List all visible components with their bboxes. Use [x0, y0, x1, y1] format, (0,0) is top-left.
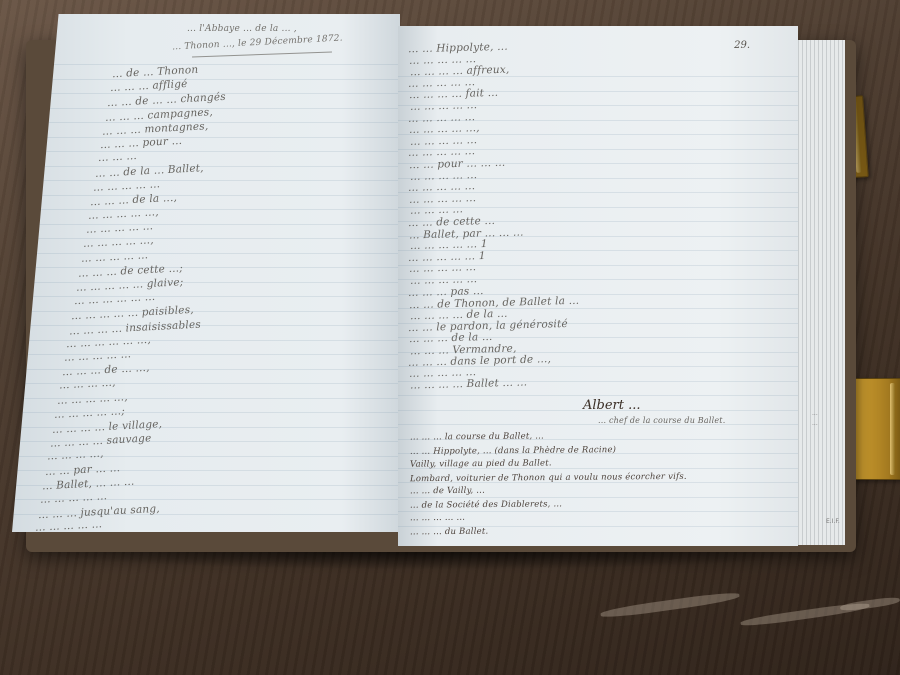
header-divider-stroke [192, 52, 332, 58]
ruled-line [12, 369, 400, 370]
left-page-header-line-2: ... Thonon ..., le 29 Décembre 1872. [172, 34, 343, 53]
ruled-line [398, 236, 798, 237]
handwritten-line: ... ... ... ... ..., [83, 235, 154, 251]
ruled-line [12, 267, 400, 268]
ruled-line [12, 485, 400, 486]
ruled-line [398, 410, 798, 411]
right-page: 29. ... ... Hippolyte, ...... ... ... ..… [398, 26, 798, 546]
ruled-line [398, 468, 798, 469]
ruled-line [398, 91, 798, 92]
ruled-line [12, 209, 400, 210]
ruled-line [398, 279, 798, 280]
handwritten-line: ... ... ... ..., [59, 377, 116, 392]
ruled-line [12, 340, 400, 341]
ruled-line [12, 64, 400, 65]
table-wear-mark [840, 596, 900, 612]
handwritten-line: ... ... ... ... ..., [57, 391, 128, 407]
edge-label: ... [812, 410, 818, 417]
ruled-line [12, 166, 400, 167]
ruled-line [12, 311, 400, 312]
handwritten-line: ... ... ... ... ... [81, 249, 149, 265]
ruled-line [12, 383, 400, 384]
ruled-line [12, 427, 400, 428]
table-wear-mark [600, 590, 740, 619]
handwritten-line: ... ... ... ... ... ... [73, 291, 155, 307]
ruled-line [12, 79, 400, 80]
ruled-line [12, 514, 400, 515]
ruled-line [12, 412, 400, 413]
ruled-line [12, 151, 400, 152]
ruled-line [398, 439, 798, 440]
handwritten-line: ... ... ... de ... ..., [61, 362, 149, 379]
page-edges [795, 40, 845, 545]
ruled-line [398, 395, 798, 396]
ruled-line [398, 381, 798, 382]
ruled-line [12, 195, 400, 196]
ruled-line [12, 122, 400, 123]
ruled-line [398, 149, 798, 150]
ruled-line [398, 308, 798, 309]
footnote-line: ... de la Société des Diablerets, ... [410, 499, 562, 510]
ruled-line [398, 337, 798, 338]
ruled-line [398, 265, 798, 266]
footnote-line: ... ... ... du Ballet. [410, 526, 488, 537]
page-number: 29. [734, 40, 750, 51]
signature: Albert ... [583, 398, 641, 413]
ruled-line [12, 282, 400, 283]
ruled-line [12, 180, 400, 181]
left-page: ... l'Abbaye ... de la ... , ... Thonon … [12, 14, 400, 532]
ruled-line [398, 497, 798, 498]
footnote-line: ... ... ... la course du Ballet, ... [410, 431, 544, 442]
ruled-line [398, 366, 798, 367]
ruled-line [398, 120, 798, 121]
ruled-line [12, 354, 400, 355]
ruled-line [398, 221, 798, 222]
ruled-line [12, 470, 400, 471]
ruled-line [12, 499, 400, 500]
ruled-line [12, 238, 400, 239]
ruled-line [398, 526, 798, 527]
ruled-line [12, 224, 400, 225]
ruled-line [398, 453, 798, 454]
handwritten-line: ... ... ... ... ... [40, 490, 108, 506]
handwritten-line: ... ... ... ... ... [35, 519, 103, 532]
ruled-line [12, 296, 400, 297]
ruled-line [398, 323, 798, 324]
ruled-line [12, 325, 400, 326]
ruled-line [12, 137, 400, 138]
handwritten-line: ... ... ... ... ... [64, 348, 132, 364]
handwritten-line: ... ... ... affligé [109, 78, 187, 94]
ruled-line [398, 163, 798, 164]
ruled-line [398, 178, 798, 179]
footnote-line: ... ... ... ... ... [410, 513, 465, 523]
ruled-line [12, 108, 400, 109]
handwritten-line: ... ... ... [97, 150, 136, 164]
ruled-line [398, 192, 798, 193]
edge-label: ... [812, 420, 818, 427]
ruled-line [398, 424, 798, 425]
left-page-header-line-1: ... l'Abbaye ... de la ... , [187, 24, 297, 34]
ruled-line [398, 134, 798, 135]
footnote-line: ... ... Hippolyte, ... (dans la Phèdre d… [410, 445, 616, 457]
ruled-line [398, 511, 798, 512]
ruled-line [398, 105, 798, 106]
ruled-line [12, 93, 400, 94]
ruled-line [398, 352, 798, 353]
ruled-line [398, 207, 798, 208]
handwritten-line: ... ... ... pas ... [408, 285, 484, 299]
edge-label: E.I.F. [826, 518, 840, 525]
ruled-line [398, 250, 798, 251]
ruled-line [398, 482, 798, 483]
footnote-line: ... ... de Vailly, ... [410, 486, 485, 497]
ruled-line [12, 398, 400, 399]
ruled-line [12, 253, 400, 254]
ruled-line [12, 441, 400, 442]
ruled-line [12, 456, 400, 457]
ruled-line [398, 294, 798, 295]
ruled-line [398, 76, 798, 77]
handwritten-line: ... ... ... ... Ballet ... ... [410, 377, 528, 392]
